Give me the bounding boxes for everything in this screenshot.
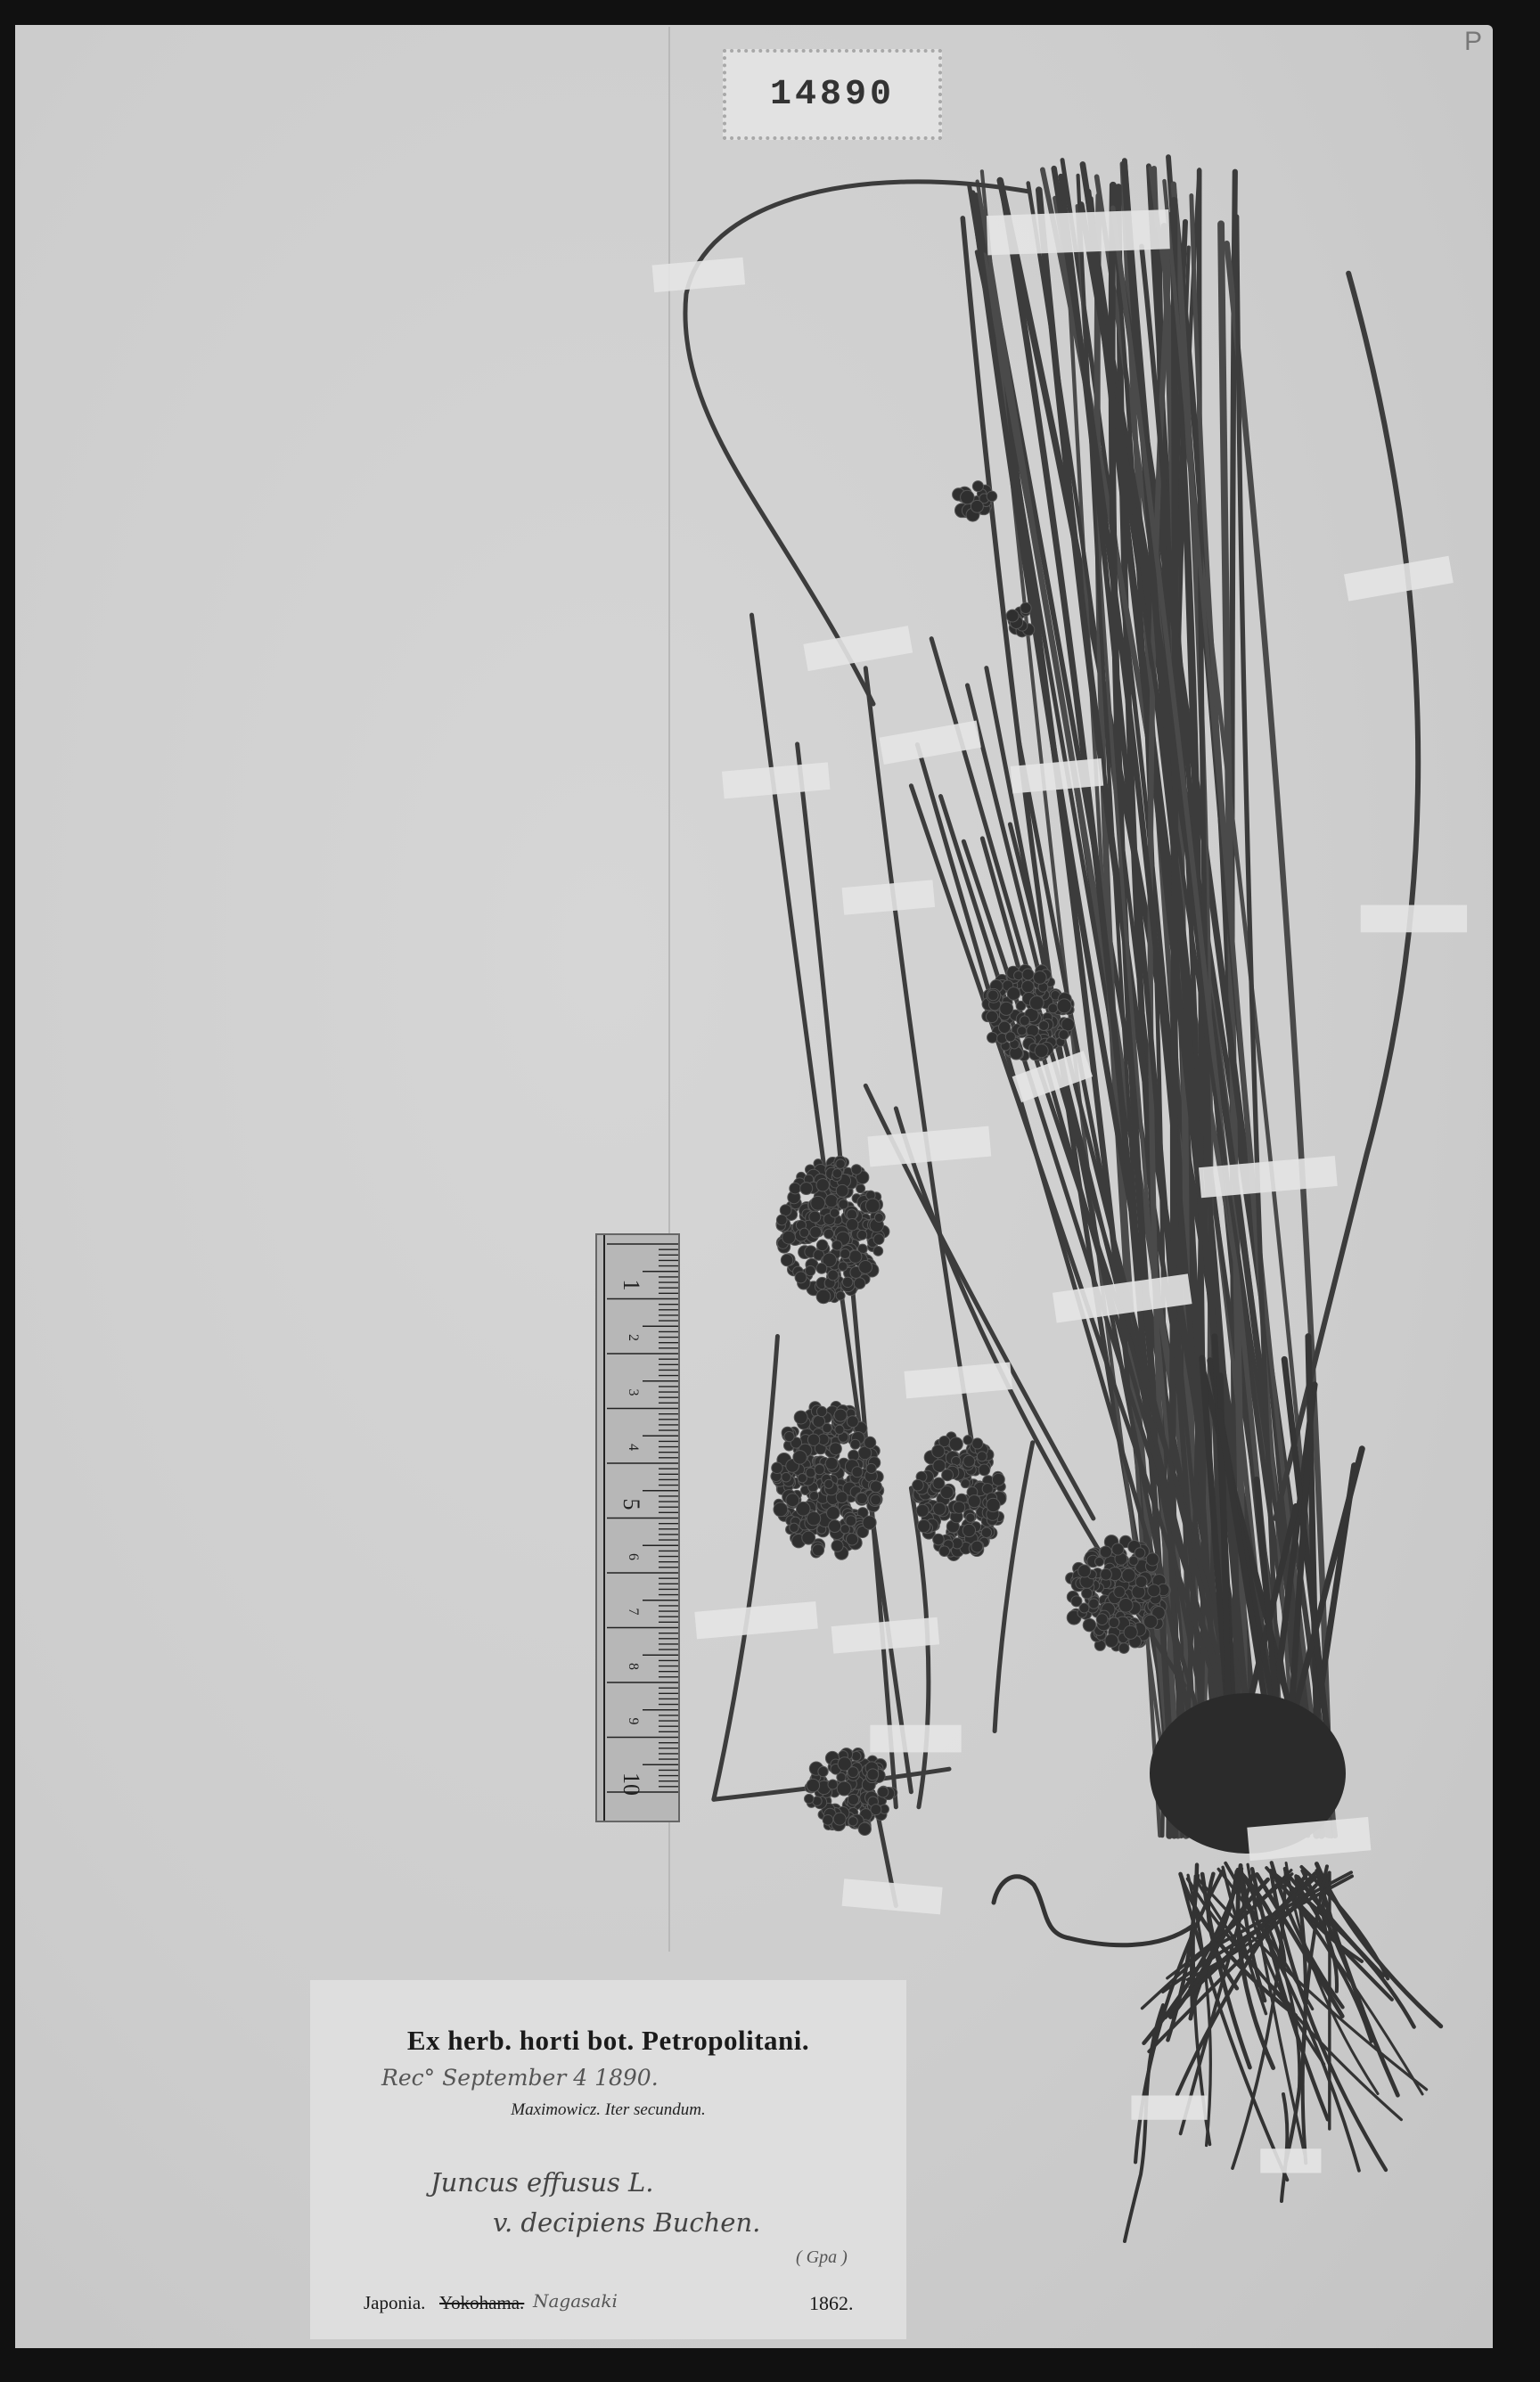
measurement-ruler: 12345678910	[595, 1233, 680, 1822]
svg-text:5: 5	[618, 1499, 644, 1510]
collection-year: 1862.	[809, 2292, 854, 2315]
photo-frame: P 14890 12345678910 Ex herb. horti bot. …	[0, 0, 1540, 2382]
determiner: ( Gpa )	[796, 2247, 848, 2268]
svg-text:4: 4	[626, 1444, 641, 1451]
struck-locality: Yokohama.	[439, 2292, 524, 2314]
species-name: Juncus effusus L.	[430, 2167, 654, 2198]
herbarium-title: Ex herb. horti bot. Petropolitani.	[310, 2025, 906, 2057]
variety-name: v. decipiens Buchen.	[493, 2207, 760, 2238]
svg-text:1: 1	[618, 1280, 644, 1291]
svg-text:7: 7	[626, 1608, 641, 1616]
collector: Maximowicz. Iter secundum.	[310, 2100, 906, 2120]
country: Japonia.	[364, 2292, 425, 2314]
plant-roots	[994, 1862, 1441, 2241]
svg-text:6: 6	[626, 1553, 641, 1560]
svg-text:10: 10	[618, 1772, 644, 1796]
specimen-label: Ex herb. horti bot. Petropolitani. Rec° …	[310, 1980, 906, 2339]
svg-text:2: 2	[626, 1334, 641, 1341]
svg-text:3: 3	[626, 1389, 641, 1396]
svg-text:8: 8	[626, 1663, 641, 1670]
svg-text:9: 9	[626, 1718, 641, 1725]
received-date: Rec° September 4 1890.	[381, 2065, 659, 2091]
locality: Nagasaki	[533, 2290, 618, 2312]
